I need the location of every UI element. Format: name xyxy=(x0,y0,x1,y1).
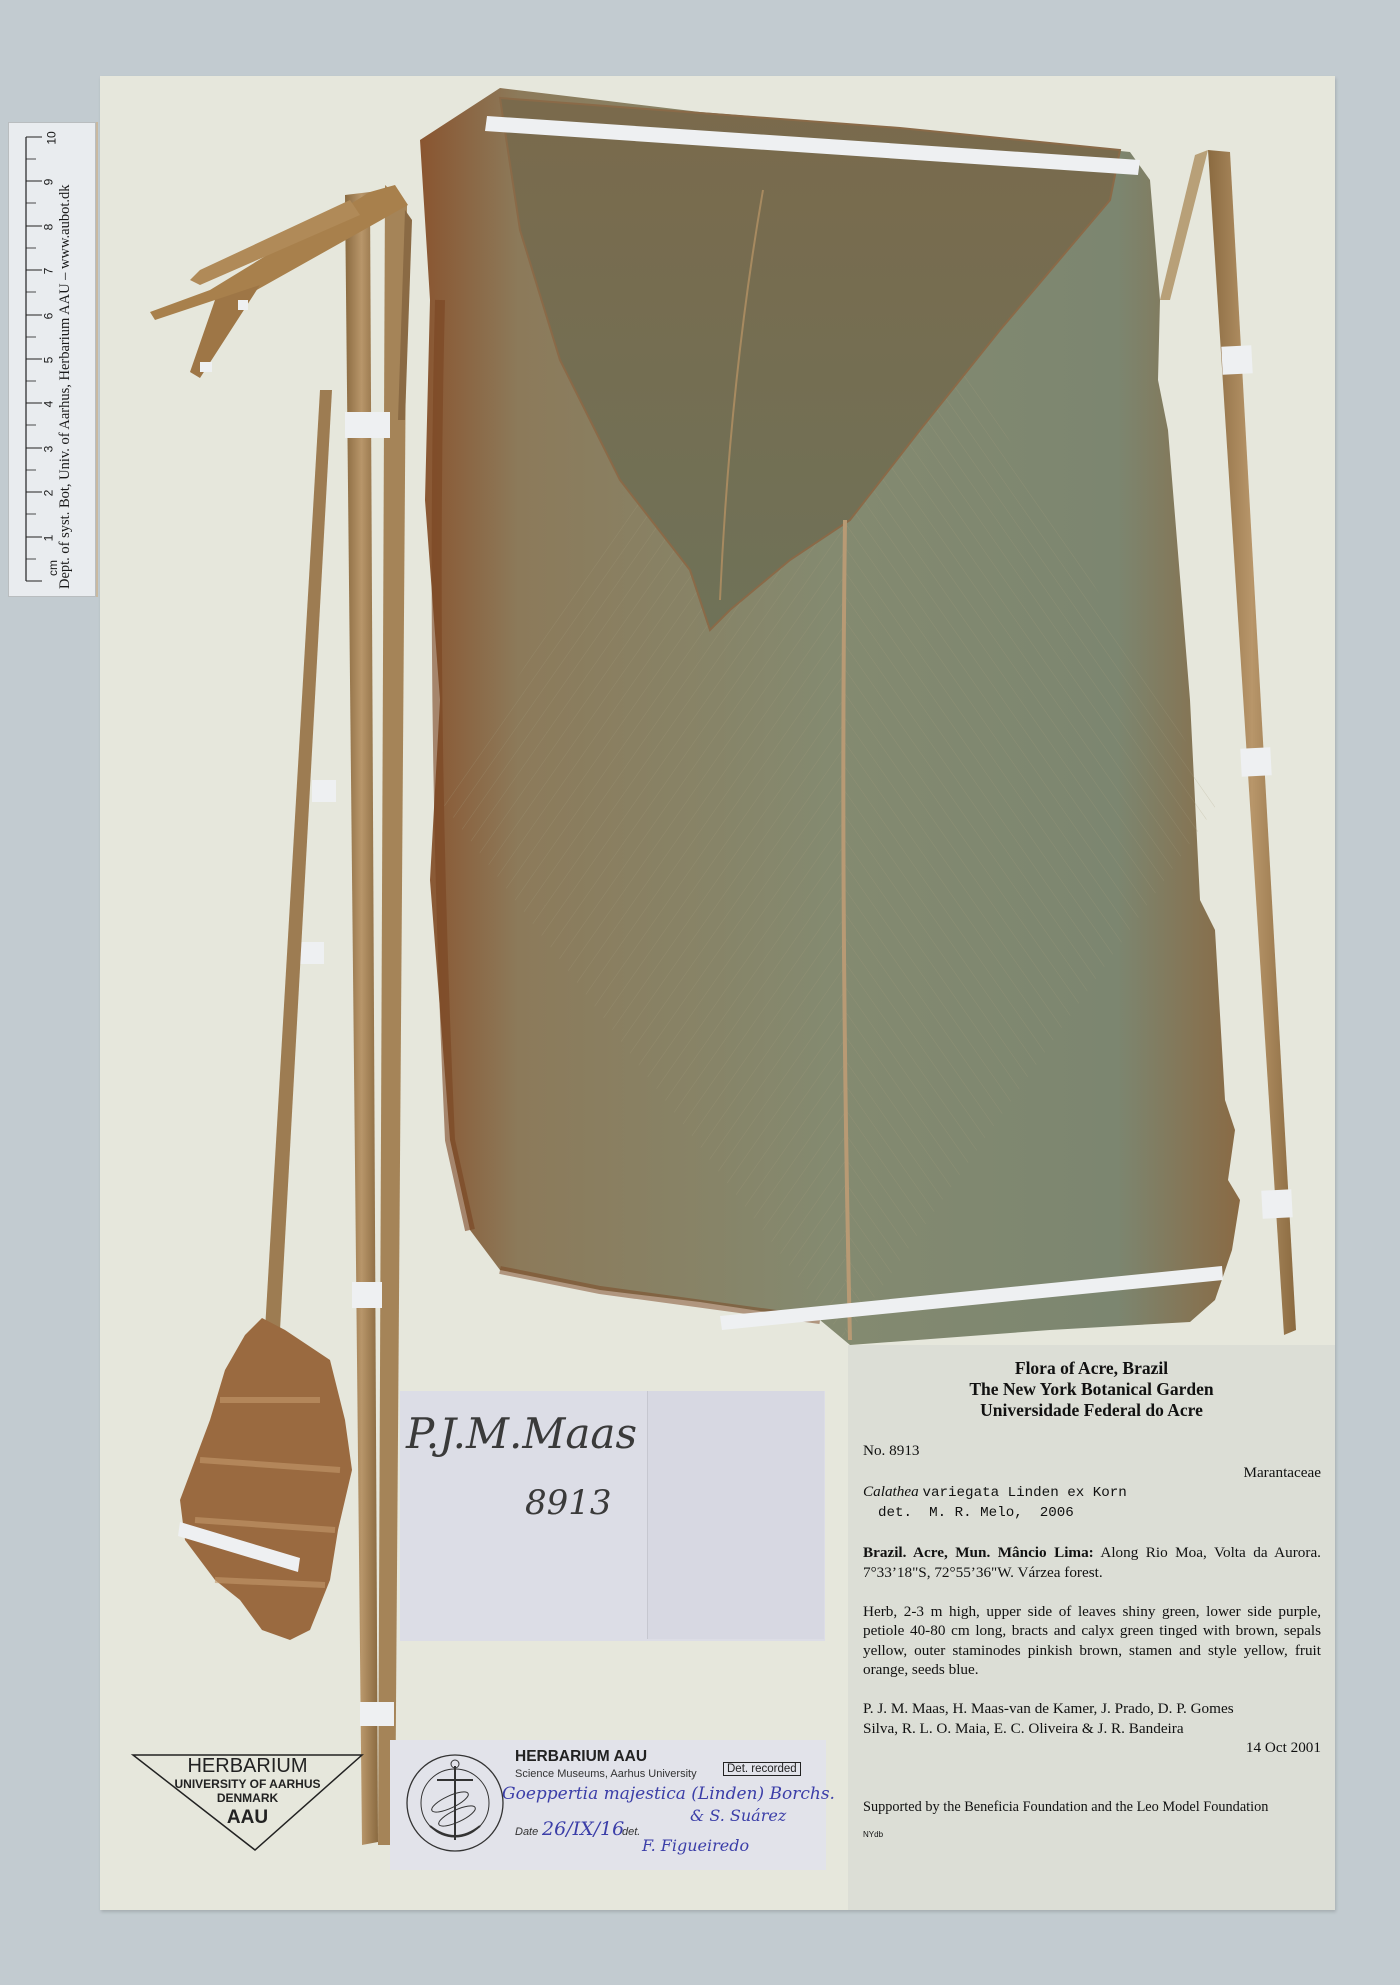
ruler-label-9: 9 xyxy=(41,179,55,186)
det-label-subtitle: Science Museums, Aarhus University xyxy=(515,1768,697,1780)
det-prefix: det. xyxy=(622,1826,640,1838)
date-label: Date xyxy=(515,1826,538,1838)
ruler-label-4: 4 xyxy=(41,401,55,408)
stamp-line-3: DENMARK xyxy=(130,1791,365,1805)
det-recorded-badge: Det. recorded xyxy=(723,1762,801,1776)
ruler-caption: Dept. of syst. Bot, Univ. of Aarhus, Her… xyxy=(57,134,74,589)
collection-date: 14 Oct 2001 xyxy=(863,1738,1321,1758)
determination-label: HERBARIUM AAU Science Museums, Aarhus Un… xyxy=(390,1740,826,1870)
label-flap xyxy=(647,1391,824,1639)
header-line-1: Flora of Acre, Brazil xyxy=(848,1358,1335,1379)
collectors: P. J. M. Maas, H. Maas-van de Kamer, J. … xyxy=(863,1699,1263,1738)
support-note: Supported by the Beneficia Foundation an… xyxy=(863,1798,1321,1818)
stamp-line-1: HERBARIUM xyxy=(130,1755,365,1778)
plant-description: Herb, 2-3 m high, upper side of leaves s… xyxy=(863,1602,1321,1680)
determined-name-authors: & S. Suárez xyxy=(690,1806,786,1825)
collector-note-label: P.J.M.Maas 8913 xyxy=(400,1391,825,1641)
family-name: Marantaceae xyxy=(863,1463,1321,1483)
ruler-label-3: 3 xyxy=(41,446,55,453)
determined-name: Goeppertia majestica (Linden) Borchs. xyxy=(502,1784,835,1804)
ruler-label-2: 2 xyxy=(41,490,55,497)
stamp-line-4: AAU xyxy=(130,1807,365,1829)
collection-data-label: Flora of Acre, Brazil The New York Botan… xyxy=(848,1345,1335,1910)
header-line-3: Universidade Federal do Acre xyxy=(848,1400,1335,1421)
locality: Brazil. Acre, Mun. Mâncio Lima: Along Ri… xyxy=(863,1543,1321,1582)
university-seal-icon xyxy=(402,1750,512,1860)
footer-code: NYdb xyxy=(863,1825,1321,1845)
inflorescence xyxy=(180,1318,352,1640)
locality-region: Brazil. Acre, Mun. Mâncio Lima: xyxy=(863,1544,1094,1561)
stamp-line-2: UNIVERSITY OF AARHUS xyxy=(130,1777,365,1791)
scale-ruler: 10 9 8 7 6 5 4 3 2 1 cm Dept. of syst. B… xyxy=(8,122,96,597)
ruler-label-5: 5 xyxy=(41,357,55,364)
ruler-label-8: 8 xyxy=(41,224,55,231)
ruler-label-1: 1 xyxy=(41,535,55,542)
label-header: Flora of Acre, Brazil The New York Botan… xyxy=(848,1358,1335,1421)
handwritten-number: 8913 xyxy=(525,1483,612,1523)
herbarium-stamp: HERBARIUM UNIVERSITY OF AARHUS DENMARK A… xyxy=(130,1752,365,1852)
ruler-label-7: 7 xyxy=(41,268,55,275)
collection-number: No. 8913 xyxy=(863,1441,1321,1461)
det-date: 26/IX/16 xyxy=(542,1818,624,1840)
genus: Calathea xyxy=(863,1483,919,1500)
taxon-name: Calathea variegata Linden ex Korn xyxy=(863,1482,1321,1504)
determination: det. M. R. Melo, 2006 xyxy=(863,1504,1321,1524)
determiner-name: F. Figueiredo xyxy=(642,1836,749,1855)
epithet-author: variegata Linden ex Korn xyxy=(922,1485,1126,1501)
handwritten-collector: P.J.M.Maas xyxy=(406,1409,637,1458)
ruler-label-6: 6 xyxy=(41,313,55,320)
header-line-2: The New York Botanical Garden xyxy=(848,1379,1335,1400)
det-label-title: HERBARIUM AAU xyxy=(515,1748,647,1766)
